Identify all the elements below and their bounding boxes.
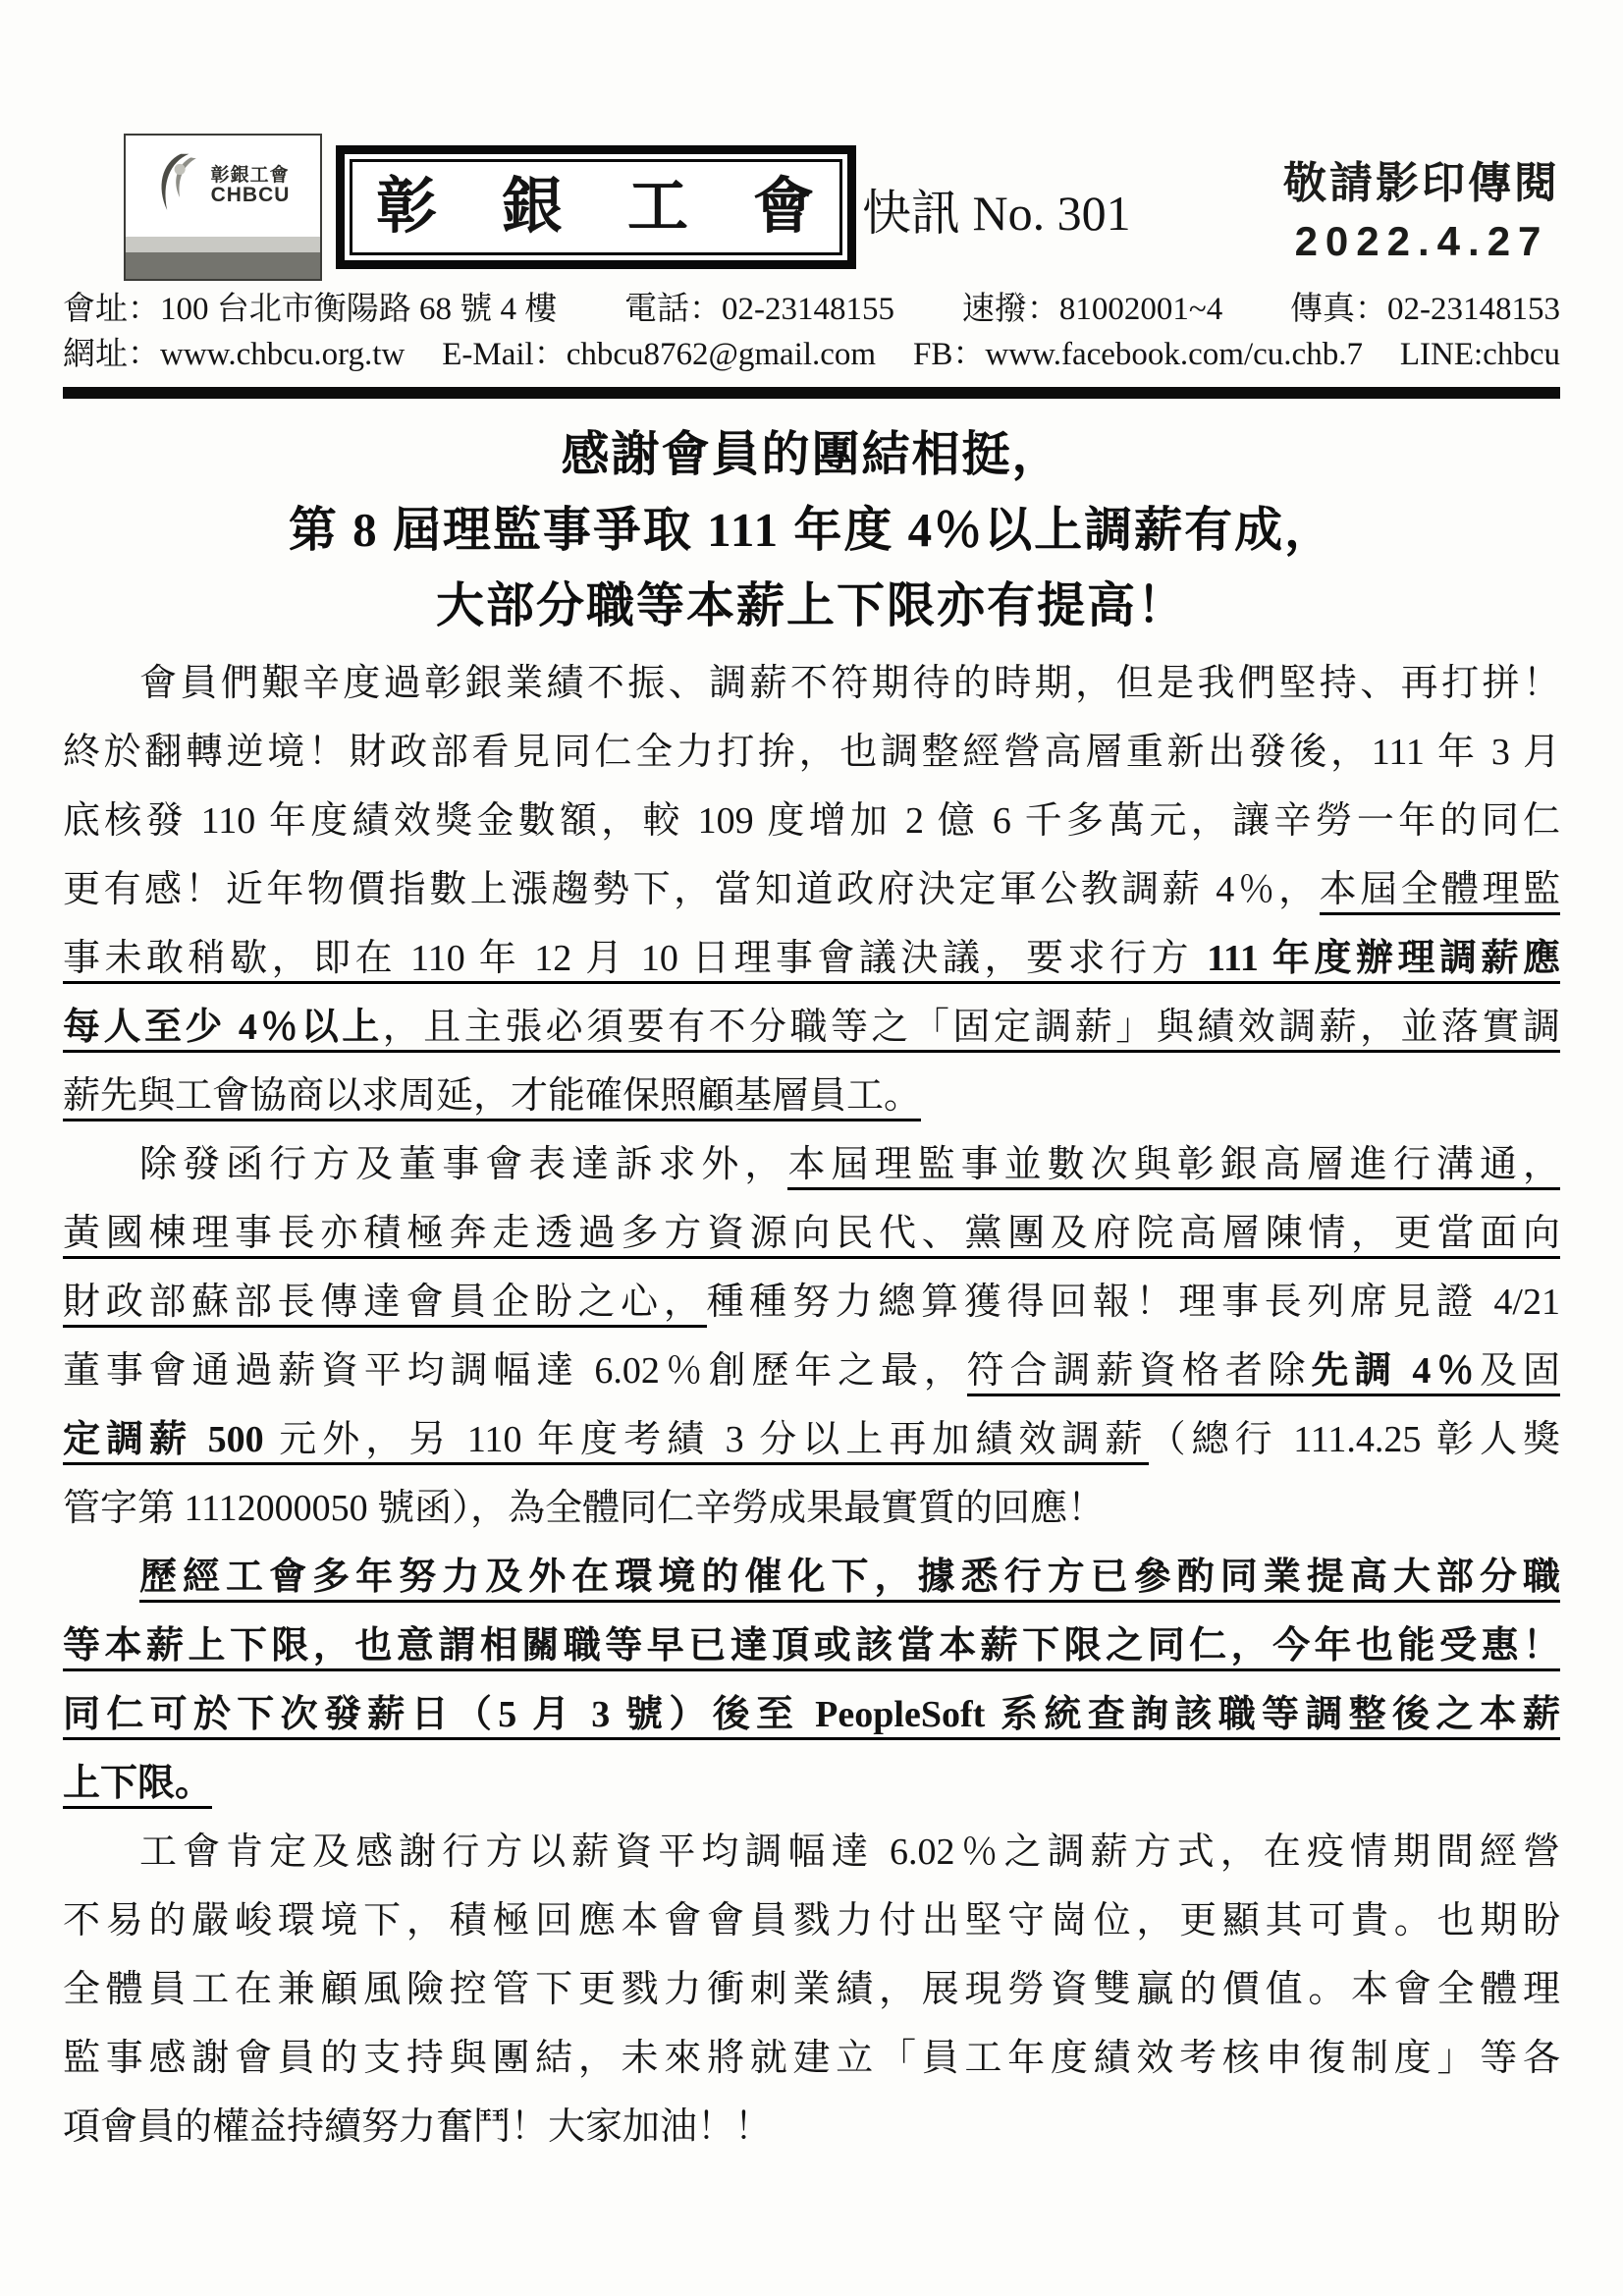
body-line: 上下限。 [63, 1749, 1560, 1818]
body-line: 管字第 1112000050 號函），為全體同仁辛勞成果最實質的回應！ [63, 1474, 1560, 1543]
body-text-segment: 更有感！近年物價指數上漲趨勢下，當知道政府決定軍公教調薪 4％， [63, 869, 1320, 910]
logo-name-zh: 彰銀工會 [211, 166, 291, 186]
body-text-segment: 黃國棟理事長亦積極奔走透過多方資源向民代、黨團及府院高層陳情，更當面向 [63, 1213, 1560, 1259]
body-text-segment: 董事會通過薪資平均調幅達 6.02％創歷年之最， [63, 1350, 967, 1392]
contact-block: 會址：100 台北市衡陽路 68 號 4 樓 電話：02-23148155 速撥… [63, 287, 1560, 377]
contact-address: 會址：100 台北市衡陽路 68 號 4 樓 [63, 287, 557, 332]
body-line: 定調薪 500 元外，另 110 年度考績 3 分以上再加績效調薪（總行 111… [63, 1405, 1560, 1474]
contact-fax: 傳真：02-23148153 [1290, 287, 1560, 332]
body-text-segment: （總行 111.4.25 彰人獎 [1149, 1419, 1560, 1460]
contact-phone: 電話：02-23148155 [624, 287, 894, 332]
body-text-segment: 歷經工會多年努力及外在環境的催化下，據悉行方已參酌同業提高大部分職 [139, 1557, 1560, 1603]
issue-date: 2022.4.27 [1283, 218, 1560, 265]
body-text-segment: 薪先與工會協商以求周延，才能確保照顧基層員工。 [63, 1075, 921, 1121]
contact-line-1: 會址：100 台北市衡陽路 68 號 4 樓 電話：02-23148155 速撥… [63, 287, 1560, 332]
body-line: 每人至少 4％以上，且主張必須要有不分職等之「固定調薪」與績效調薪，並落實調 [63, 993, 1560, 1062]
body-text-segment: 財政部蘇部長傳達會員企盼之心， [63, 1282, 707, 1328]
headline-line: 大部分職等本薪上下限亦有提高！ [63, 568, 1560, 643]
headline-line: 感謝會員的團結相挺， [63, 416, 1560, 492]
logo-text: 彰銀工會 CHBCU [211, 166, 291, 207]
newsletter-page: 彰銀工會 CHBCU 彰 銀 工 會 快訊 No. 301 敬請影印傳閱 202… [0, 0, 1623, 2296]
contact-facebook: FB：www.facebook.com/cu.chb.7 [913, 332, 1363, 377]
body-text-segment: 事未敢稍歇，即在 110 年 12 月 10 日理事會議決議，要求行方 [63, 938, 1207, 984]
body-line: 更有感！近年物價指數上漲趨勢下，當知道政府決定軍公教調薪 4％，本屆全體理監 [63, 855, 1560, 924]
contact-line-id: LINE:chbcu [1400, 332, 1560, 377]
body-text-segment: 及固 [1480, 1350, 1560, 1396]
headline: 感謝會員的團結相挺，第 8 屆理監事爭取 111 年度 4％以上調薪有成，大部分… [63, 416, 1560, 643]
body-text-segment: 每人至少 4％以上 [63, 1007, 383, 1053]
headline-line: 第 8 屆理監事爭取 111 年度 4％以上調薪有成， [63, 492, 1560, 568]
body-line: 等本薪上下限，也意謂相關職等早已達頂或該當本薪下限之同仁，今年也能受惠！ [63, 1612, 1560, 1680]
body-text-segment: 管字第 1112000050 號函），為全體同仁辛勞成果最實質的回應！ [63, 1488, 1105, 1529]
circulation-notice: 敬請影印傳閱 2022.4.27 [1283, 147, 1560, 265]
body-line: 全體員工在兼顧風險控管下更戮力衝刺業績，展現勞資雙贏的價值。本會全體理 [63, 1955, 1560, 2024]
body-text-segment: 工會肯定及感謝行方以薪資平均調幅達 6.02％之調薪方式，在疫情期間經營 [139, 1831, 1560, 1873]
logo-swoosh-icon [156, 150, 207, 223]
issue-number: 快訊 No. 301 [862, 189, 1131, 238]
article-body: 會員們艱辛度過彰銀業績不振、調薪不符期待的時期，但是我們堅持、再打拼！終於翻轉逆… [63, 649, 1560, 2161]
body-line: 除發函行方及董事會表達訴求外，本屆理監事並數次與彰銀高層進行溝通， [63, 1130, 1560, 1199]
body-line: 工會肯定及感謝行方以薪資平均調幅達 6.02％之調薪方式，在疫情期間經營 [63, 1818, 1560, 1886]
body-line: 歷經工會多年努力及外在環境的催化下，據悉行方已參酌同業提高大部分職 [63, 1543, 1560, 1612]
body-text-segment: 同仁可於下次發薪日（5 月 3 號）後至 PeopleSoft 系統查詢該職等調… [63, 1694, 1560, 1740]
body-line: 監事感謝會員的支持與團結，未來將就建立「員工年度績效考核申復制度」等各 [63, 2024, 1560, 2093]
logo-name-en: CHBCU [211, 185, 291, 206]
union-logo-main: 彰銀工會 CHBCU [126, 136, 320, 237]
body-line: 底核發 110 年度績效獎金數額，較 109 度增加 2 億 6 千多萬元，讓辛… [63, 787, 1560, 855]
masthead-title-box: 彰 銀 工 會 [336, 145, 856, 269]
masthead-title: 彰 銀 工 會 [350, 159, 842, 255]
logo-stripe-light [126, 237, 320, 252]
body-text-segment: 等本薪上下限，也意謂相關職等早已達頂或該當本薪下限之同仁，今年也能受惠！ [63, 1625, 1560, 1671]
body-text-segment: 元外，另 110 年度考績 3 分以上再加績效調薪 [264, 1419, 1149, 1465]
body-text-segment: 不易的嚴峻環境下，積極回應本會會員戮力付出堅守崗位，更顯其可貴。也期盼 [63, 1900, 1560, 1941]
body-text-segment: 上下限。 [63, 1763, 212, 1809]
body-text-segment: 全體員工在兼顧風險控管下更戮力衝刺業績，展現勞資雙贏的價值。本會全體理 [63, 1969, 1560, 2010]
body-line: 財政部蘇部長傳達會員企盼之心，種種努力總算獲得回報！理事長列席見證 4/21 [63, 1268, 1560, 1337]
body-line: 不易的嚴峻環境下，積極回應本會會員戮力付出堅守崗位，更顯其可貴。也期盼 [63, 1886, 1560, 1955]
body-line: 事未敢稍歇，即在 110 年 12 月 10 日理事會議決議，要求行方 111 … [63, 924, 1560, 993]
body-text-segment: 先調 4％ [1311, 1350, 1480, 1396]
body-line: 同仁可於下次發薪日（5 月 3 號）後至 PeopleSoft 系統查詢該職等調… [63, 1680, 1560, 1749]
circulation-note: 敬請影印傳閱 [1283, 147, 1560, 210]
body-text-segment: 符合調薪資格者除 [967, 1350, 1312, 1396]
contact-website: 網址：www.chbcu.org.tw [63, 332, 405, 377]
body-line: 黃國棟理事長亦積極奔走透過多方資源向民代、黨團及府院高層陳情，更當面向 [63, 1199, 1560, 1268]
body-text-segment: 會員們艱辛度過彰銀業績不振、調薪不符期待的時期，但是我們堅持、再打拼！ [139, 663, 1560, 704]
contact-email: E-Mail：chbcu8762@gmail.com [442, 332, 876, 377]
body-line: 薪先與工會協商以求周延，才能確保照顧基層員工。 [63, 1062, 1560, 1130]
body-text-segment: 底核發 110 年度績效獎金數額，較 109 度增加 2 億 6 千多萬元，讓辛… [63, 800, 1560, 842]
body-text-segment: 本屆全體理監 [1320, 869, 1560, 915]
body-text-segment: 項會員的權益持續努力奮鬥！大家加油！！ [63, 2106, 772, 2148]
body-line: 會員們艱辛度過彰銀業績不振、調薪不符期待的時期，但是我們堅持、再打拼！ [63, 649, 1560, 718]
body-text-segment: 種種努力總算獲得回報！理事長列席見證 4/21 [707, 1282, 1560, 1323]
body-text-segment: 111 年度辦理調薪應 [1207, 938, 1560, 984]
logo-stripe-dark [126, 252, 320, 279]
contact-line-2: 網址：www.chbcu.org.tw E-Mail：chbcu8762@gma… [63, 332, 1560, 377]
contact-speeddial: 速撥：81002001~4 [962, 287, 1222, 332]
body-line: 項會員的權益持續努力奮鬥！大家加油！！ [63, 2093, 1560, 2161]
body-text-segment: ，且主張必須要有不分職等之「固定調薪」與績效調薪，並落實調 [383, 1007, 1560, 1053]
body-text-segment: 除發函行方及董事會表達訴求外， [139, 1144, 787, 1185]
divider-rule [63, 387, 1560, 399]
body-text-segment: 本屆理監事並數次與彰銀高層進行溝通， [787, 1144, 1560, 1190]
body-line: 董事會通過薪資平均調幅達 6.02％創歷年之最，符合調薪資格者除先調 4％及固 [63, 1337, 1560, 1405]
masthead-row: 彰銀工會 CHBCU 彰 銀 工 會 快訊 No. 301 敬請影印傳閱 202… [63, 134, 1560, 281]
body-text-segment: 定調薪 500 [63, 1419, 264, 1465]
body-line: 終於翻轉逆境！財政部看見同仁全力打拚，也調整經營高層重新出發後，111 年 3 … [63, 718, 1560, 787]
body-text-segment: 監事感謝會員的支持與團結，未來將就建立「員工年度績效考核申復制度」等各 [63, 2038, 1560, 2079]
union-logo: 彰銀工會 CHBCU [124, 134, 322, 281]
body-text-segment: 終於翻轉逆境！財政部看見同仁全力打拚，也調整經營高層重新出發後，111 年 3 … [63, 732, 1560, 773]
